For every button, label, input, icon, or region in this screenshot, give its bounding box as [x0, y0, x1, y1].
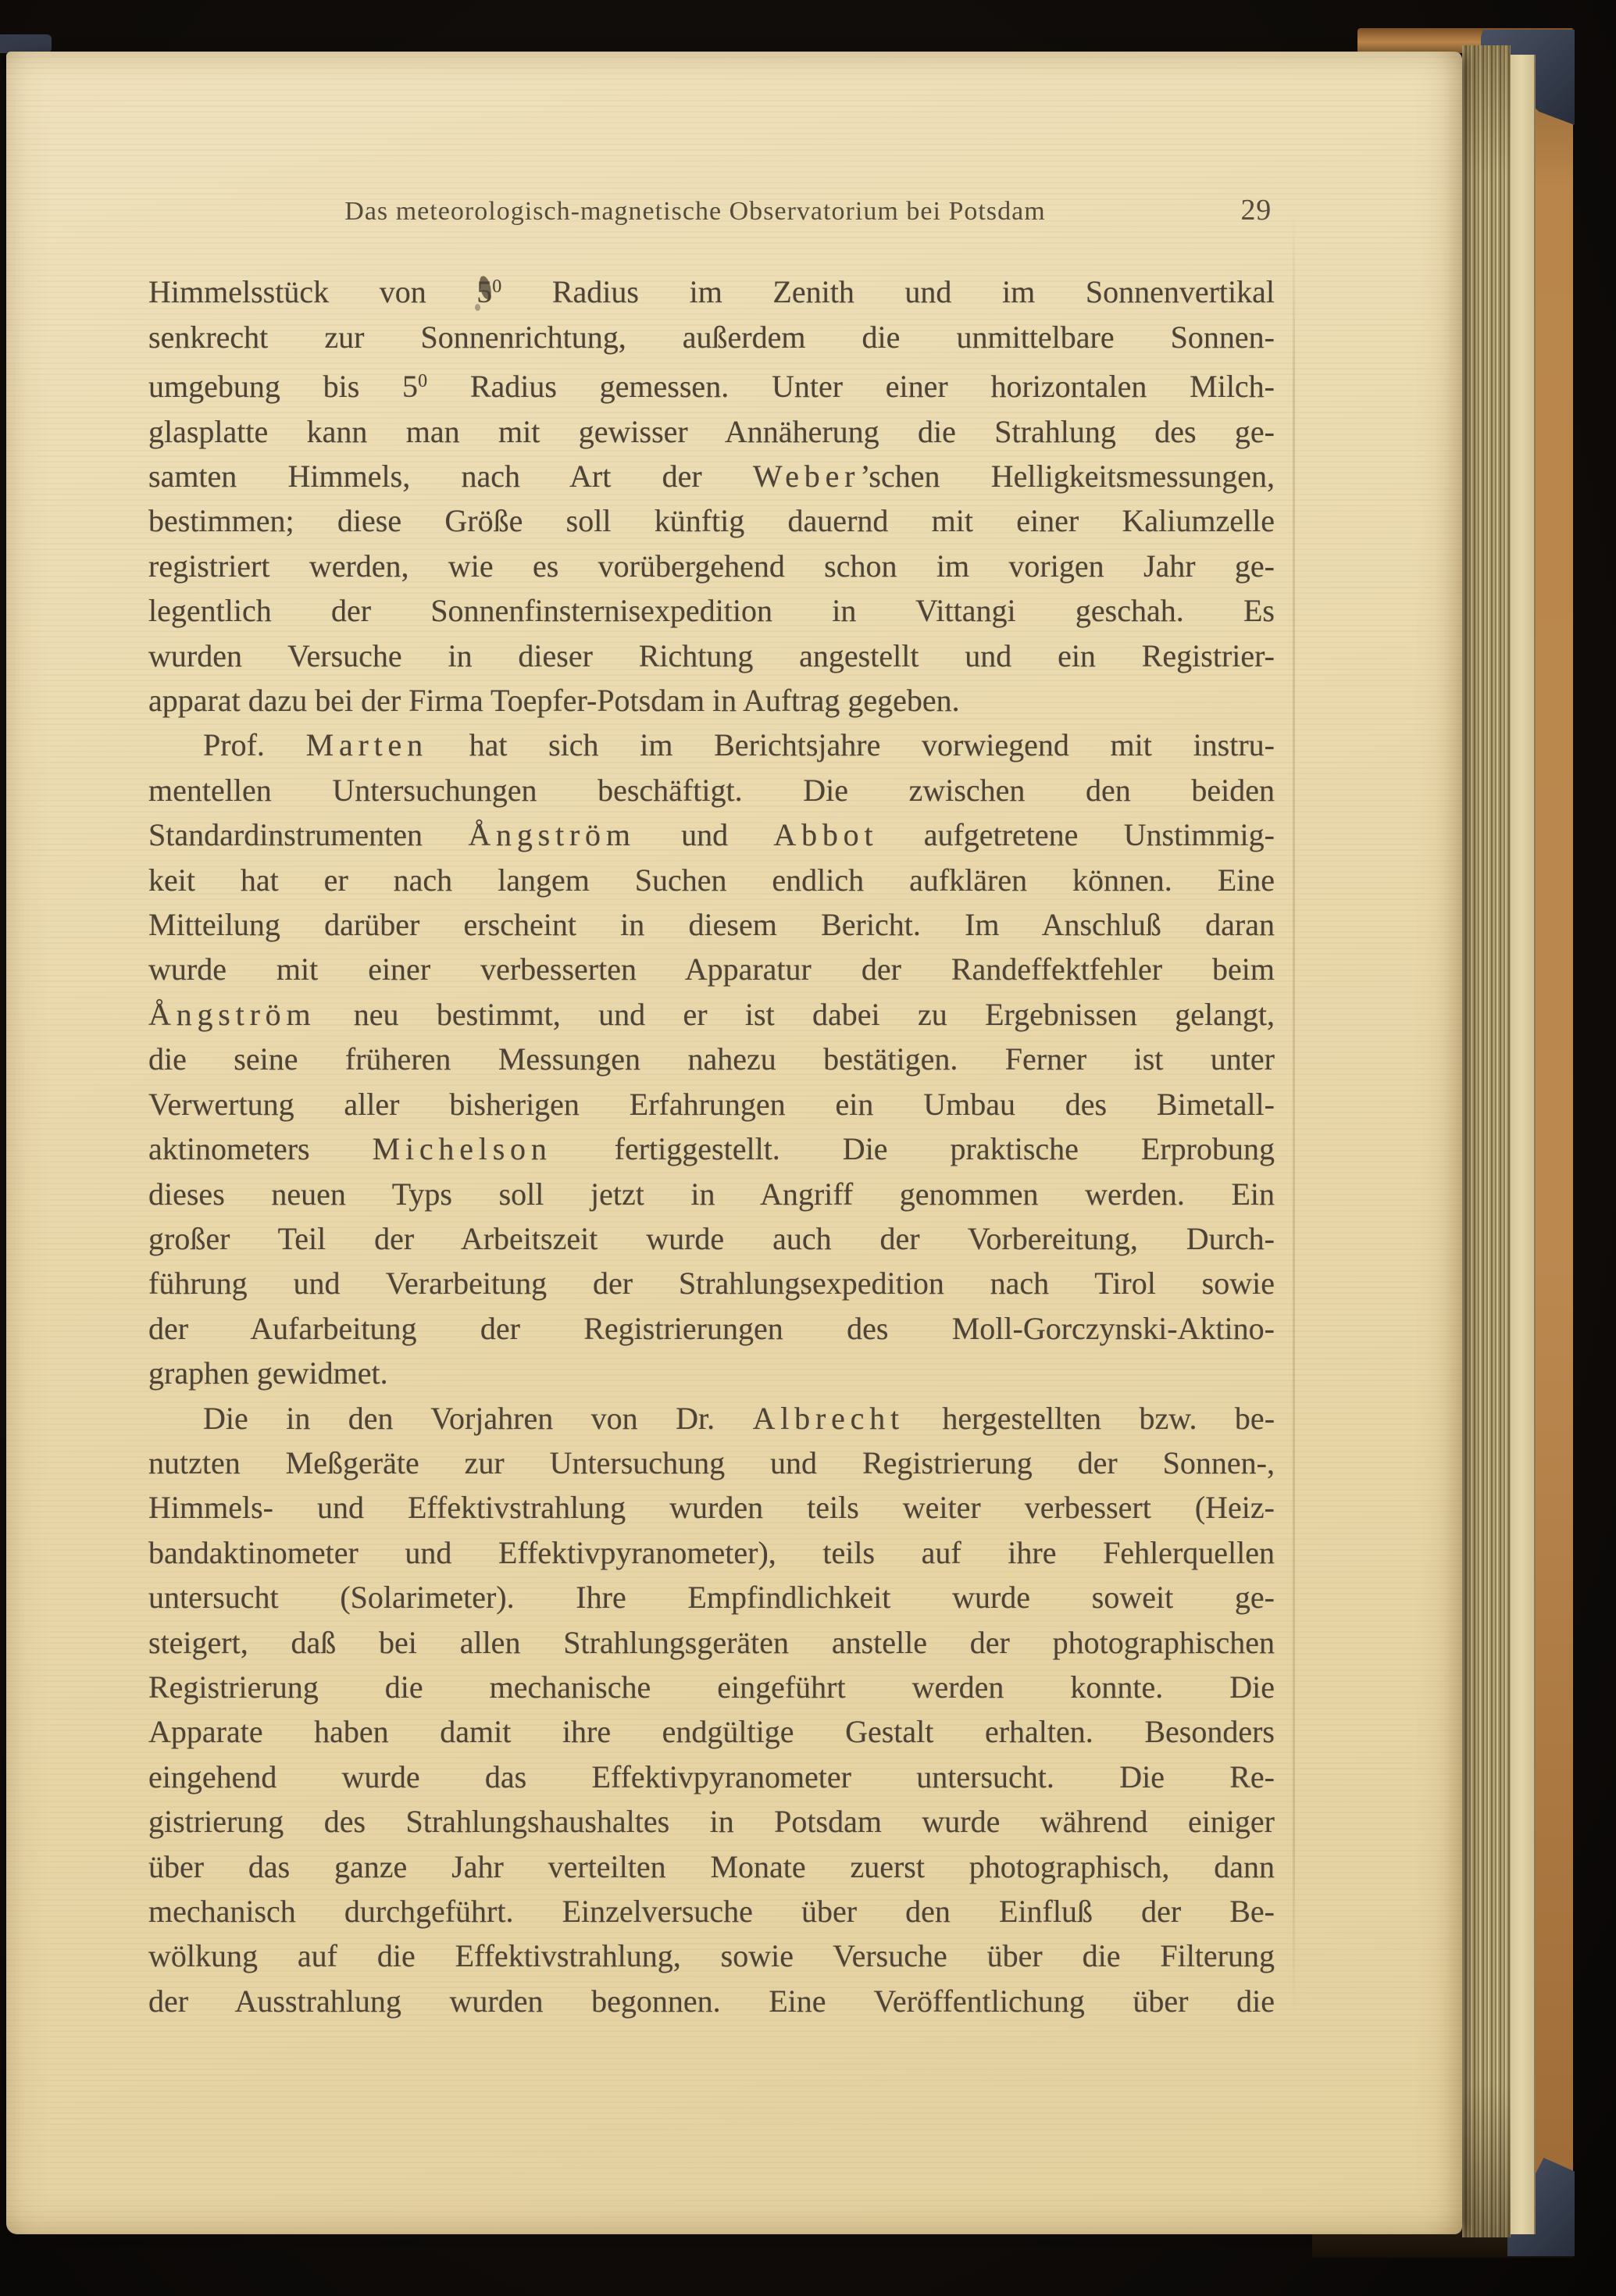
text-line: mechanisch durchgeführt. Einzelversuche … [148, 1889, 1275, 1934]
text-line: wurden Versuche in dieser Richtung anges… [148, 634, 1275, 678]
text-segment: dieses neuen Typs soll jetzt in Angriff … [148, 1177, 1275, 1212]
book-photo: Das meteorologisch-magnetische Observato… [0, 0, 1616, 2296]
text-segment: untersucht (Solarimeter). Ihre Empfindli… [148, 1580, 1275, 1615]
text-segment: registriert werden, wie es vorübergehend… [148, 548, 1275, 584]
text-segment: keit hat er nach langem Suchen endlich a… [148, 862, 1275, 898]
spaced-name: Marten [306, 727, 428, 762]
text-segment: fertiggestellt. Die praktische Erprobung [552, 1131, 1275, 1166]
text-segment: wurde mit einer verbesserten Apparatur d… [148, 952, 1275, 987]
text-segment: neu bestimmt, und er ist dabei zu Ergebn… [316, 997, 1275, 1032]
text-segment: mechanisch durchgeführt. Einzelversuche … [148, 1894, 1275, 1929]
spaced-name: Ångström [468, 817, 635, 852]
text-segment: Registrierung die mechanische eingeführt… [148, 1669, 1275, 1705]
text-segment: Radius im Zenith und im Sonnenvertikal [501, 274, 1275, 309]
text-line: legentlich der Sonnenfinsternisexpeditio… [148, 588, 1275, 633]
superscript: 0 [418, 371, 427, 391]
text-segment: führung und Verarbeitung der Strahlungse… [148, 1266, 1275, 1301]
text-line: bandaktinometer und Effektivpyranometer)… [148, 1530, 1275, 1575]
text-line: Apparate haben damit ihre endgültige Ges… [148, 1709, 1275, 1754]
text-line: über das ganze Jahr verteilten Monate zu… [148, 1844, 1275, 1889]
text-segment: Verwertung aller bisherigen Erfahrungen … [148, 1087, 1275, 1122]
text-line: eingehend wurde das Effektivpyranometer … [148, 1755, 1275, 1799]
text-line: umgebung bis 50 Radius gemessen. Unter e… [148, 359, 1275, 409]
text-segment: Die in den Vorjahren von Dr. [203, 1401, 753, 1436]
text-line: Ångström neu bestimmt, und er ist dabei … [148, 992, 1275, 1037]
text-segment: Mitteilung darüber erscheint in diesem B… [148, 907, 1275, 942]
text-line: Standardinstrumenten Ångström und Abbot … [148, 812, 1275, 857]
spaced-name: Albrecht [753, 1401, 904, 1436]
spine-cloth-sliver [0, 34, 52, 53]
page-header: Das meteorologisch-magnetische Observato… [148, 195, 1275, 230]
text-segment: Standardinstrumenten [148, 817, 468, 852]
text-segment: samten Himmels, nach Art der [148, 459, 753, 494]
text-segment: glasplatte kann man mit gewisser Annäher… [148, 414, 1275, 449]
text-segment: legentlich der Sonnenfinsternisexpeditio… [148, 593, 1275, 628]
spaced-name: Ångström [148, 997, 316, 1032]
text-segment: Himmels- und Effektivstrahlung wurden te… [148, 1490, 1275, 1525]
spaced-name: Weber [753, 459, 860, 494]
text-segment: über das ganze Jahr verteilten Monate zu… [148, 1849, 1275, 1884]
text-line: registriert werden, wie es vorübergehend… [148, 544, 1275, 588]
text-segment: Himmelsstück von 5 [148, 274, 492, 309]
text-line: samten Himmels, nach Art der Weber’schen… [148, 454, 1275, 498]
text-line: wölkung auf die Effektivstrahlung, sowie… [148, 1934, 1275, 1978]
text-segment: die seine früheren Messungen nahezu best… [148, 1041, 1275, 1077]
text-segment: und [636, 817, 774, 852]
text-line: der Ausstrahlung wurden begonnen. Eine V… [148, 1979, 1275, 2023]
text-segment: graphen gewidmet. [148, 1355, 388, 1391]
text-segment: hergestellten bzw. be- [904, 1401, 1275, 1436]
book-cover-right-edge [1532, 31, 1573, 2255]
text-segment: hat sich im Berichtsjahre vorwiegend mit… [428, 727, 1275, 762]
book-page: Das meteorologisch-magnetische Observato… [6, 52, 1462, 2234]
text-line: wurde mit einer verbesserten Apparatur d… [148, 947, 1275, 991]
text-segment: mentellen Untersuchungen beschäftigt. Di… [148, 773, 1275, 808]
running-title: Das meteorologisch-magnetische Observato… [132, 195, 1258, 229]
text-line: Registrierung die mechanische eingeführt… [148, 1665, 1275, 1709]
text-line: apparat dazu bei der Firma Toepfer-Potsd… [148, 678, 1275, 723]
text-line: keit hat er nach langem Suchen endlich a… [148, 858, 1275, 902]
page-crease [1293, 208, 1295, 2020]
text-line: nutzten Meßgeräte zur Untersuchung und R… [148, 1441, 1275, 1485]
text-segment: Apparate haben damit ihre endgültige Ges… [148, 1714, 1275, 1749]
text-segment: wurden Versuche in dieser Richtung anges… [148, 638, 1275, 673]
text-segment: eingehend wurde das Effektivpyranometer … [148, 1759, 1275, 1794]
text-line: großer Teil der Arbeitszeit wurde auch d… [148, 1216, 1275, 1261]
text-line: aktinometers Michelson fertiggestellt. D… [148, 1127, 1275, 1171]
text-line: Prof. Marten hat sich im Berichtsjahre v… [148, 723, 1275, 767]
text-line: mentellen Untersuchungen beschäftigt. Di… [148, 768, 1275, 812]
text-segment: apparat dazu bei der Firma Toepfer-Potsd… [148, 683, 960, 718]
text-line: der Aufarbeitung der Registrierungen des… [148, 1306, 1275, 1351]
text-segment: steigert, daß bei allen Strahlungsgeräte… [148, 1625, 1275, 1660]
text-segment: umgebung bis 5 [148, 369, 418, 404]
page-stack-edge [1511, 55, 1536, 2234]
text-segment: senkrecht zur Sonnenrichtung, außerdem d… [148, 320, 1275, 355]
text-segment: wölkung auf die Effektivstrahlung, sowie… [148, 1938, 1275, 1973]
text-segment: der Aufarbeitung der Registrierungen des… [148, 1311, 1275, 1346]
page-number: 29 [1240, 193, 1272, 227]
spaced-name: Michelson [373, 1131, 552, 1166]
text-line: graphen gewidmet. [148, 1351, 1275, 1395]
text-line: Himmels- und Effektivstrahlung wurden te… [148, 1485, 1275, 1530]
text-line: untersucht (Solarimeter). Ihre Empfindli… [148, 1575, 1275, 1619]
text-segment: nutzten Meßgeräte zur Untersuchung und R… [148, 1445, 1275, 1480]
text-line: dieses neuen Typs soll jetzt in Angriff … [148, 1172, 1275, 1216]
text-segment: bandaktinometer und Effektivpyranometer)… [148, 1535, 1275, 1570]
text-line: Mitteilung darüber erscheint in diesem B… [148, 902, 1275, 947]
text-segment: ’schen Helligkeitsmessungen, [860, 459, 1275, 494]
fore-edge-pages [1462, 45, 1511, 2237]
text-segment: großer Teil der Arbeitszeit wurde auch d… [148, 1221, 1275, 1256]
text-line: führung und Verarbeitung der Strahlungse… [148, 1261, 1275, 1305]
body-text: Himmelsstück von 50 Radius im Zenith und… [148, 265, 1275, 2023]
text-line: bestimmen; diese Größe soll künftig daue… [148, 498, 1275, 543]
text-line: steigert, daß bei allen Strahlungsgeräte… [148, 1620, 1275, 1665]
text-segment: Prof. [203, 727, 306, 762]
superscript: 0 [492, 277, 501, 297]
text-line: Himmelsstück von 50 Radius im Zenith und… [148, 265, 1275, 315]
spaced-name: Abbot [773, 817, 878, 852]
text-line: senkrecht zur Sonnenrichtung, außerdem d… [148, 315, 1275, 359]
text-line: glasplatte kann man mit gewisser Annäher… [148, 409, 1275, 454]
text-segment: bestimmen; diese Größe soll künftig daue… [148, 503, 1275, 538]
text-line: Die in den Vorjahren von Dr. Albrecht he… [148, 1396, 1275, 1441]
text-segment: gistrierung des Strahlungshaushaltes in … [148, 1804, 1275, 1839]
text-line: gistrierung des Strahlungshaushaltes in … [148, 1799, 1275, 1844]
text-segment: aktinometers [148, 1131, 373, 1166]
text-segment: der Ausstrahlung wurden begonnen. Eine V… [148, 1984, 1275, 2019]
text-line: Verwertung aller bisherigen Erfahrungen … [148, 1082, 1275, 1127]
text-line: die seine früheren Messungen nahezu best… [148, 1037, 1275, 1081]
text-segment: Radius gemessen. Unter einer horizontale… [427, 369, 1275, 404]
text-segment: aufgetretene Unstimmig- [878, 817, 1275, 852]
